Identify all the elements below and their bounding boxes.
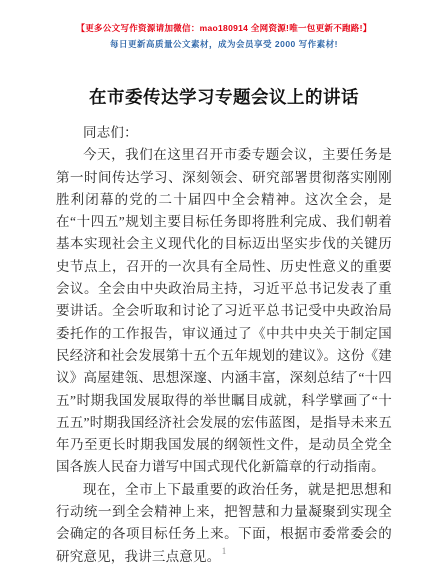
body-paragraph: 今天，我们在这里召开市委专题会议，主要任务是第一时间传达学习、深刻领会、研究部署… [56, 144, 392, 478]
document-page: 【更多公文写作资源请加微信：mao180914 全网资源!唯一包更新不跑路!】 … [0, 0, 448, 580]
salutation: 同志们： [56, 122, 392, 144]
promo-header: 【更多公文写作资源请加微信：mao180914 全网资源!唯一包更新不跑路!】 … [0, 0, 448, 50]
document-title: 在市委传达学习专题会议上的讲话 [34, 84, 414, 109]
promo-line-red: 【更多公文写作资源请加微信：mao180914 全网资源!唯一包更新不跑路!】 [0, 23, 448, 34]
promo-line-blue: 每日更新高质量公文素材，成为会员享受 2000 写作素材! [0, 39, 448, 50]
page-number: 1 [0, 546, 448, 556]
document-body: 同志们： 今天，我们在这里召开市委专题会议，主要任务是第一时间传达学习、深刻领会… [56, 122, 392, 568]
